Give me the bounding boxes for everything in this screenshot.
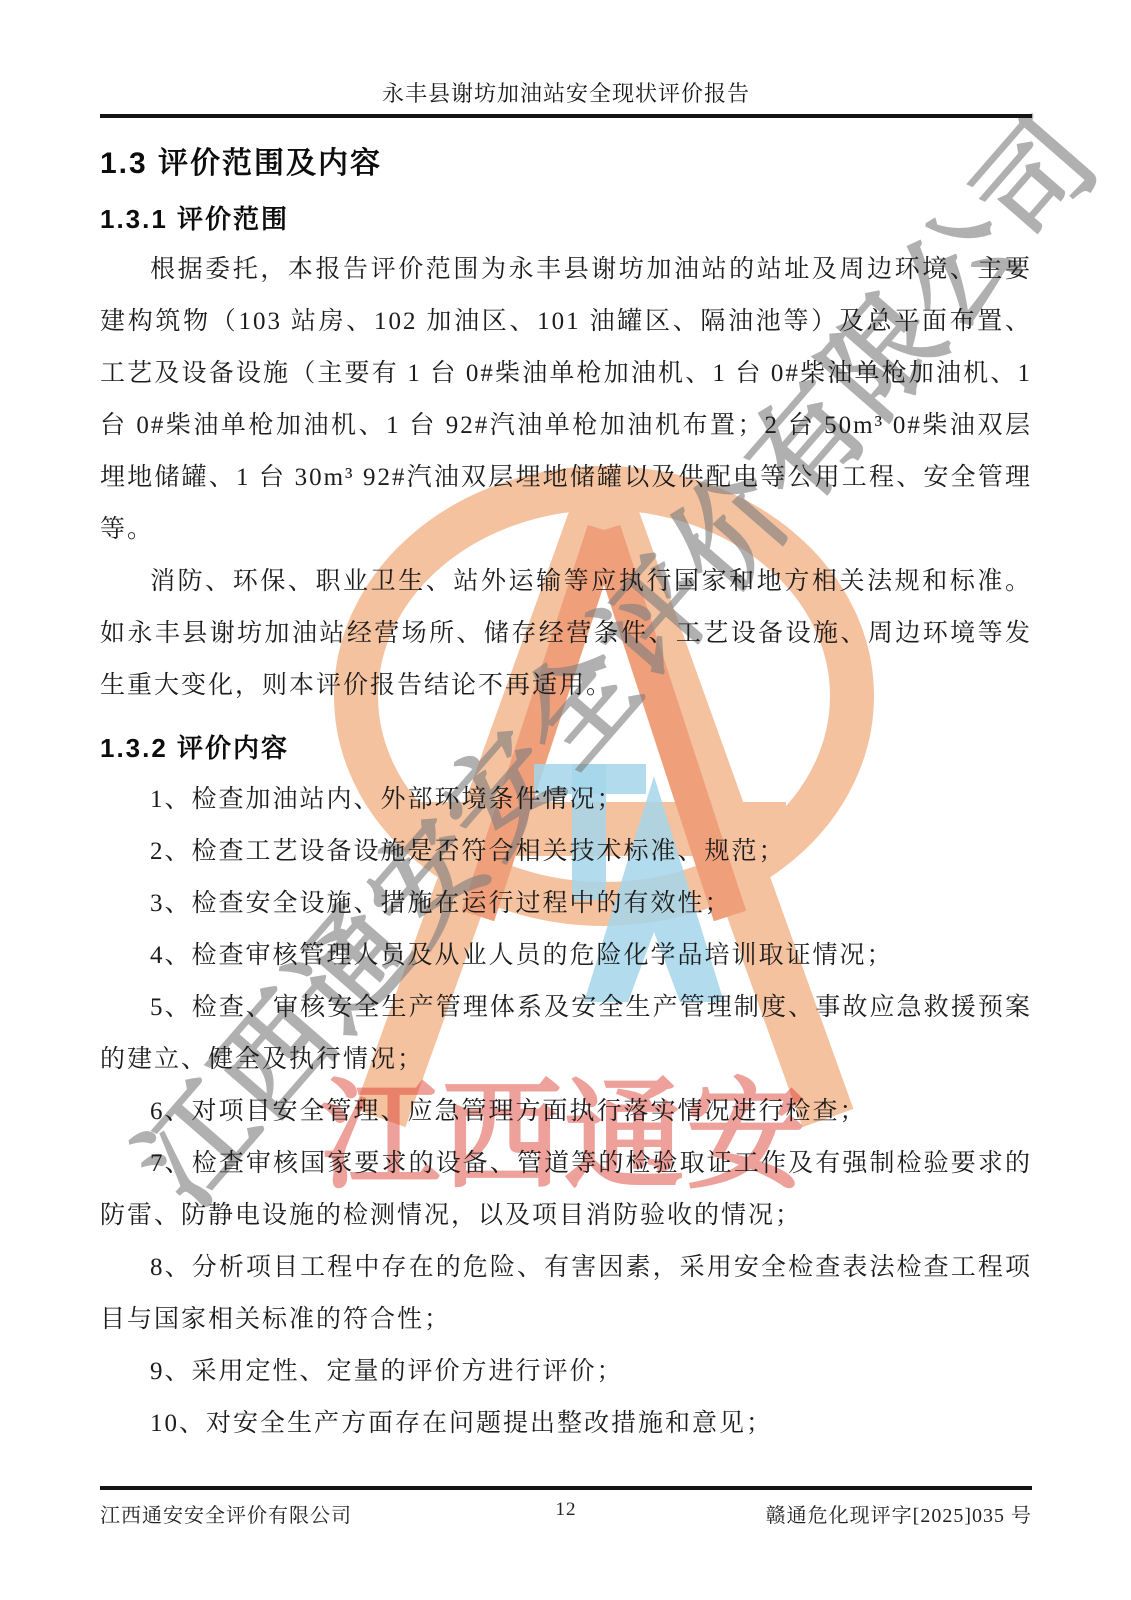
content-list-item: 2、检查工艺设备设施是否符合相关技术标准、规范；	[100, 826, 1032, 878]
content-list-item: 4、检查审核管理人员及从业人员的危险化学品培训取证情况；	[100, 930, 1032, 982]
running-header-title: 永丰县谢坊加油站安全现状评价报告	[100, 80, 1032, 109]
content-list-item: 3、检查安全设施、措施在运行过程中的有效性；	[100, 878, 1032, 930]
report-page: 江西通安安全评价有限公司 江西通安 永丰县谢坊加油站安全现状评价报告 1.3 评…	[0, 0, 1131, 1600]
content-list-item: 1、检查加油站内、外部环境条件情况；	[100, 774, 1032, 826]
footer-page-number: 12	[100, 1499, 1032, 1521]
content-list-item: 8、分析项目工程中存在的危险、有害因素，采用安全检查表法检查工程项目与国家相关标…	[100, 1242, 1032, 1346]
header-rule	[100, 114, 1032, 118]
content-list-item: 10、对安全生产方面存在问题提出整改措施和意见；	[100, 1398, 1032, 1450]
content-list-item: 6、对项目安全管理、应急管理方面执行落实情况进行检查；	[100, 1086, 1032, 1138]
section-heading: 1.3 评价范围及内容	[100, 144, 1032, 183]
scope-paragraph-2: 消防、环保、职业卫生、站外运输等应执行国家和地方相关法规和标准。如永丰县谢坊加油…	[100, 556, 1032, 712]
subsection-heading-scope: 1.3.1 评价范围	[100, 203, 1032, 237]
footer-row: 江西通安安全评价有限公司 12 赣通危化现评字[2025]035 号	[100, 1499, 1032, 1528]
scope-paragraph-1: 根据委托，本报告评价范围为永丰县谢坊加油站的站址及周边环境、主要建构筑物（103…	[100, 244, 1032, 556]
footer-rule	[100, 1486, 1032, 1490]
content-list-item: 7、检查审核国家要求的设备、管道等的检验取证工作及有强制检验要求的防雷、防静电设…	[100, 1138, 1032, 1242]
content-list-item: 5、检查、审核安全生产管理体系及安全生产管理制度、事故应急救援预案的建立、健全及…	[100, 982, 1032, 1086]
document-body: 永丰县谢坊加油站安全现状评价报告 1.3 评价范围及内容 1.3.1 评价范围 …	[100, 0, 1032, 1450]
subsection-heading-content: 1.3.2 评价内容	[100, 732, 1032, 766]
page-footer: 江西通安安全评价有限公司 12 赣通危化现评字[2025]035 号	[100, 1486, 1032, 1528]
content-list-item: 9、采用定性、定量的评价方进行评价；	[100, 1346, 1032, 1398]
